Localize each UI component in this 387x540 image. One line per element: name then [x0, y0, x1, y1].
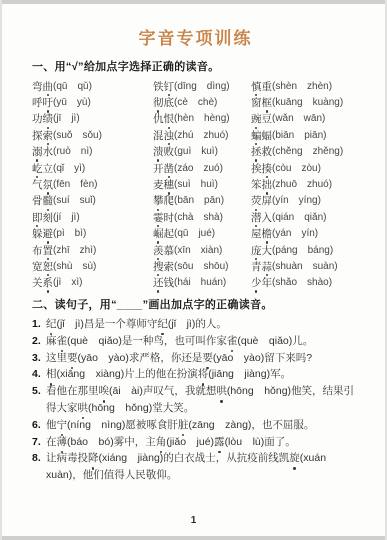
word-characters: 屋檐 [251, 226, 272, 241]
sentence-text: (hōng hǒng) [227, 385, 291, 397]
page-number: 1 [2, 515, 385, 526]
word-entry: 关系(jì xì) [32, 275, 153, 291]
character: 水 [43, 144, 54, 159]
sentence-item: 8.让病毒投降(xiáng jiàng)的白衣战士，从抗疫前线凯旋(xuán x… [32, 450, 359, 484]
character: 蝠 [262, 128, 273, 143]
word-entry: 蝙蝠(biān piān) [251, 127, 359, 143]
character: 屏 [262, 193, 273, 208]
sentence-text: ，他们值得人民敬仰。 [72, 469, 177, 481]
dotted-character: 索 [43, 128, 54, 143]
pinyin-options: (qū qǔ) [53, 81, 92, 92]
word-characters: 窗框 [251, 95, 272, 110]
pinyin-options: (qū jué) [174, 228, 215, 239]
sentence-text: 雾中，主 [114, 436, 156, 448]
character: 铁 [153, 79, 164, 94]
dotted-character: 穗 [164, 177, 175, 192]
sentence-number: 5. [32, 383, 41, 400]
pinyin-options: (zhī zhì) [53, 245, 96, 256]
sentence-number: 7. [32, 434, 41, 451]
word-characters: 蝙蝠 [251, 128, 272, 143]
dotted-character: 蝙 [251, 128, 262, 143]
word-entry: 荧屏(yín yíng) [251, 193, 359, 209]
word-entry: 气氛(fēn fèn) [32, 176, 153, 192]
word-entry: 即刻(jí jì) [32, 209, 153, 225]
sentence-number: 2. [32, 333, 41, 350]
word-characters: 麦穗 [153, 177, 174, 192]
pinyin-options: (hái huán) [174, 277, 226, 288]
sentence-text: (què qiǎo) [67, 335, 122, 347]
dotted-character: 溃 [153, 144, 164, 159]
sentence-text: 军。 [270, 368, 291, 380]
character: 弯 [32, 79, 43, 94]
word-entry: 彻底(cè chè) [153, 94, 251, 110]
word-entry: 攀爬(bān pān) [153, 193, 251, 209]
character: 探 [32, 128, 43, 143]
sentence-text: 面了。 [264, 436, 296, 448]
word-characters: 即刻 [32, 210, 53, 225]
word-characters: 拯救 [251, 144, 272, 159]
word-characters: 攀爬 [153, 193, 174, 208]
character: 刻 [43, 210, 54, 225]
word-entry: 铁钉(dīng dìng) [153, 78, 251, 94]
word-characters: 慎重 [251, 79, 272, 94]
pinyin-options: (kuāng kuàng) [272, 97, 343, 108]
character: 开 [153, 161, 164, 176]
word-characters: 弯曲 [32, 79, 53, 94]
character: 钱 [164, 275, 175, 290]
word-characters: 仇恨 [153, 111, 174, 126]
dotted-character: 恕 [43, 259, 54, 274]
word-characters: 还钱 [153, 275, 174, 290]
dotted-character: 羡 [153, 243, 164, 258]
pinyin-options: (wǎn wān) [272, 113, 325, 124]
word-characters: 彻底 [153, 95, 174, 110]
character: 救 [262, 144, 273, 159]
character: 败 [164, 144, 175, 159]
pinyin-options: (hèn hèng) [174, 113, 230, 124]
dotted-character: 要 [202, 350, 213, 367]
word-characters: 霎时 [153, 210, 174, 225]
pinyin-options: (biān piān) [272, 130, 326, 141]
pinyin-options: (suǒ sǒu) [53, 130, 102, 141]
pinyin-options: (qǐ yì) [53, 163, 85, 174]
sentence-text: (āi ài) [109, 385, 143, 397]
dotted-character: 庞 [251, 243, 262, 258]
pinyin-options: (záo zuó) [174, 163, 223, 174]
sentence-item: 1.纪(jǐ jì)昌是一个尊师守纪(jǐ jì)的人。 [32, 316, 359, 333]
word-characters: 开凿 [153, 161, 174, 176]
sentence-text: 的白衣战士，从抗疫前线凯 [163, 452, 289, 464]
word-characters: 气氛 [32, 177, 53, 192]
word-entry: 还钱(hái huán) [153, 275, 251, 291]
pinyin-options: (shù sù) [53, 261, 96, 272]
pinyin-options: (shèn zhèn) [272, 81, 332, 92]
dotted-character: 角 [156, 434, 167, 451]
pinyin-options: (yū yù) [53, 97, 91, 108]
pinyin-options: (bān pān) [174, 195, 224, 206]
word-entry: 搜索(sōu shōu) [153, 258, 251, 274]
pinyin-options: (jí jì) [53, 212, 80, 223]
word-entry: 宽恕(shù sù) [32, 258, 153, 274]
dotted-character: 搜 [153, 259, 164, 274]
dotted-character: 蒜 [262, 259, 273, 274]
word-entry: 潜入(qián qiǎn) [251, 209, 359, 225]
word-entry: 青蒜(shuàn suàn) [251, 258, 359, 274]
dotted-character: 钉 [164, 79, 175, 94]
dotted-character: 哄 [78, 400, 89, 417]
pinyin-options: (xīn xiàn) [174, 245, 222, 256]
pinyin-options: (zhuō zhuó) [272, 179, 332, 190]
dotted-character: 旋 [289, 450, 300, 467]
character: 起 [164, 226, 175, 241]
dotted-character: 将 [198, 366, 209, 383]
word-characters: 青蒜 [251, 259, 272, 274]
dotted-character: 吁 [43, 95, 54, 110]
sentence-text: 麻 [46, 335, 57, 347]
dotted-character: 雀 [227, 333, 238, 350]
sentence-item: 2.麻雀(què qiǎo)是一种鸟，也可叫作家雀(què qiǎo)儿。 [32, 333, 359, 350]
worksheet-page: 字音专项训练 一、用“√”给加点字选择正确的读音。 弯曲(qū qǔ)铁钉(dī… [0, 0, 387, 540]
word-entry: 少年(shǎo shào) [251, 275, 359, 291]
page-title: 字音专项训练 [32, 24, 359, 49]
dotted-character: 曲 [43, 79, 54, 94]
word-entry: 躲避(pì bì) [32, 226, 153, 242]
character: 关 [32, 275, 43, 290]
word-entry: 羡慕(xīn xiàn) [153, 242, 251, 258]
pinyin-options: (pì bì) [53, 228, 86, 239]
word-characters: 呼吁 [32, 95, 53, 110]
word-characters: 功绩 [32, 111, 53, 126]
word-characters: 羡慕 [153, 243, 174, 258]
sentence-item: 4.相(xiāng xiàng)片上的他在扮演将(jiāng jiàng)军。 [32, 366, 359, 383]
sentence-text: (jiǎo jué) [166, 436, 214, 448]
word-characters: 荧屏 [251, 193, 272, 208]
dotted-character: 少 [251, 275, 262, 290]
pinyin-options: (fēn fèn) [53, 179, 97, 190]
dotted-character: 拯 [251, 144, 262, 159]
pinyin-options: (shuàn suàn) [272, 261, 338, 272]
sentence-text: (jiāng jiàng) [208, 368, 270, 380]
character: 躲 [32, 226, 43, 241]
sentence-number: 6. [32, 417, 41, 434]
dotted-character: 纪 [157, 316, 168, 333]
word-characters: 混浊 [153, 128, 174, 143]
sentence-item: 3.这里要(yāo yào)求严格，你还是要(yāo yào)留下来吗? [32, 350, 359, 367]
word-entry: 崛起(qū jué) [153, 226, 251, 242]
word-entry: 功绩(jī jì) [32, 111, 153, 127]
dotted-character: 霎 [153, 210, 164, 225]
dotted-character: 降 [88, 450, 99, 467]
pinyin-options: (jì xì) [53, 277, 82, 288]
word-entry: 弯曲(qū qǔ) [32, 78, 153, 94]
sentence-text: 让病毒投 [46, 452, 88, 464]
word-entry: 屋檐(yán yín) [251, 226, 359, 242]
word-entry: 仇恨(hèn hèng) [153, 111, 251, 127]
word-entry: 溃败(guì kuì) [153, 144, 251, 160]
character: 爬 [164, 193, 175, 208]
dotted-character: 即 [32, 210, 43, 225]
character: 索 [164, 259, 175, 274]
pinyin-options: (chěng zhěng) [272, 146, 343, 157]
character: 年 [262, 275, 273, 290]
word-entry: 庞大(páng báng) [251, 242, 359, 258]
pinyin-options: (qián qiǎn) [272, 212, 326, 223]
pinyin-options: (jī jì) [53, 113, 80, 124]
sentence-text: 昌是一个尊师守 [84, 318, 158, 330]
pinyin-options: (cè chè) [174, 97, 217, 108]
dotted-character: 雀 [57, 333, 68, 350]
sentence-number: 3. [32, 350, 41, 367]
word-characters: 躲避 [32, 226, 53, 241]
dotted-character: 宁 [57, 417, 68, 434]
sentence-text: 留下来吗? [264, 352, 312, 364]
sentence-text: ，也不屈服。 [251, 419, 314, 431]
word-entry: 麦穗(suì huì) [153, 176, 251, 192]
character: 混 [153, 128, 164, 143]
word-grid: 弯曲(qū qǔ)铁钉(dīng dìng)慎重(shèn zhèn)呼吁(yū… [32, 78, 359, 291]
sentence-text: (xiāng xiàng) [57, 368, 125, 380]
dotted-character: 恨 [164, 111, 175, 126]
dotted-character: 还 [153, 275, 164, 290]
sentence-text: 是一种鸟，也可叫作家 [122, 335, 227, 347]
dotted-character: 哄 [216, 383, 227, 400]
dotted-character: 相 [46, 366, 57, 383]
word-entry: 溺水(ruò nì) [32, 144, 153, 160]
sentence-text: 这里 [46, 352, 67, 364]
pinyin-options: (shǎo shào) [272, 277, 332, 288]
pinyin-options: (suí suǐ) [53, 195, 96, 206]
pinyin-options: (zhú zhuó) [174, 130, 228, 141]
sentence-text: (yāo yào) [213, 352, 264, 364]
dotted-character: 揍 [262, 161, 273, 176]
word-characters: 豌豆 [251, 111, 272, 126]
word-entry: 布置(zhī zhì) [32, 242, 153, 258]
dotted-character: 攀 [153, 193, 164, 208]
dotted-character: 框 [262, 95, 273, 110]
word-entry: 屹立(qǐ yì) [32, 160, 153, 176]
sentence-text: 儿。 [292, 335, 313, 347]
word-characters: 溺水 [32, 144, 53, 159]
character: 骨 [32, 193, 43, 208]
character: 屋 [251, 226, 262, 241]
word-characters: 布置 [32, 243, 53, 258]
dotted-character: 慎 [251, 79, 262, 94]
character: 豆 [262, 111, 273, 126]
pinyin-options: (dīng dìng) [174, 81, 230, 92]
word-characters: 溃败 [153, 144, 174, 159]
sentence-text: (lòu lù) [225, 436, 265, 448]
character: 入 [262, 210, 273, 225]
dotted-character: 荧 [251, 193, 262, 208]
word-characters: 骨髓 [32, 193, 53, 208]
dotted-character: 崛 [153, 226, 164, 241]
word-characters: 关系 [32, 275, 53, 290]
word-entry: 豌豆(wǎn wān) [251, 111, 359, 127]
dotted-character: 溺 [32, 144, 43, 159]
dotted-character: 绩 [43, 111, 54, 126]
sentence-text: 在 [46, 436, 57, 448]
dotted-character: 系 [43, 275, 54, 290]
word-entry: 开凿(záo zuó) [153, 160, 251, 176]
dotted-character: 豌 [251, 111, 262, 126]
character: 底 [164, 95, 175, 110]
sentence-text: (báo bó) [67, 436, 114, 448]
character: 挨 [251, 161, 262, 176]
word-entry: 混浊(zhú zhuó) [153, 127, 251, 143]
dotted-character: 彻 [153, 95, 164, 110]
character: 青 [251, 259, 262, 274]
section1-heading: 一、用“√”给加点字选择正确的读音。 [32, 58, 359, 74]
character: 麦 [153, 177, 164, 192]
dotted-character: 氛 [43, 177, 54, 192]
character: 立 [43, 161, 54, 176]
sentence-number: 1. [32, 316, 41, 333]
sentence-text: 堂大笑。 [152, 402, 194, 414]
word-entry: 挨揍(còu zòu) [251, 160, 359, 176]
word-entry: 呼吁(yū yù) [32, 94, 153, 110]
sentence-text: 看他在那里 [46, 385, 99, 397]
character: 笨 [251, 177, 262, 192]
word-characters: 搜索 [153, 259, 174, 274]
dotted-character: 唉 [99, 383, 110, 400]
sentence-text: (yāo yào) [78, 352, 129, 364]
word-characters: 少年 [251, 275, 272, 290]
dotted-character: 脏 [178, 417, 189, 434]
word-characters: 庞大 [251, 243, 272, 258]
dotted-character: 避 [43, 226, 54, 241]
sentence-text: 片上的他在扮演 [124, 368, 198, 380]
worksheet-content: 字音专项训练 一、用“√”给加点字选择正确的读音。 弯曲(qū qǔ)铁钉(dī… [2, 0, 385, 484]
dotted-character: 薄 [57, 434, 68, 451]
word-entry: 骨髓(suí suǐ) [32, 193, 153, 209]
word-entry: 窗框(kuāng kuàng) [251, 94, 359, 110]
character: 时 [164, 210, 175, 225]
section2-heading: 二、读句子，用“____”画出加点字的正确读音。 [32, 296, 359, 312]
character: 慕 [164, 243, 175, 258]
dotted-character: 纪 [46, 316, 57, 333]
dotted-character: 露 [214, 434, 225, 451]
word-entry: 霎时(chà shà) [153, 209, 251, 225]
sentence-text: 求严格，你还是 [129, 352, 203, 364]
character: 气 [32, 177, 43, 192]
sentence-number: 8. [32, 450, 41, 467]
character: 窗 [251, 95, 262, 110]
word-entry: 笨拙(zhuō zhuó) [251, 176, 359, 192]
sentence-text: 的人。 [195, 318, 227, 330]
word-entry: 探索(suǒ sǒu) [32, 127, 153, 143]
sentence-item: 5.看他在那里唉(āi ài)声叹气，我就想哄(hōng hǒng)他笑，结果引… [32, 383, 359, 417]
dotted-character: 置 [43, 243, 54, 258]
pinyin-options: (ruò nì) [53, 146, 92, 157]
dotted-character: 潜 [251, 210, 262, 225]
pinyin-options: (chà shà) [174, 212, 223, 223]
pinyin-options: (yín yíng) [272, 195, 321, 206]
sentence-text: (xiáng jiàng) [99, 452, 164, 464]
sentence-text: 声叹气，我就想 [143, 385, 217, 397]
word-entry: 拯救(chěng zhěng) [251, 144, 359, 160]
pinyin-options: (sōu shōu) [174, 261, 228, 272]
sentence-item: 6.他宁(níng nìng)愿被啄食肝脏(zāng zàng)，也不屈服。 [32, 417, 359, 434]
dotted-character: 屹 [32, 161, 43, 176]
word-characters: 屹立 [32, 161, 53, 176]
scan-edge-bottom [2, 536, 385, 540]
word-characters: 挨揍 [251, 161, 272, 176]
sentence-text: (hōng hǒng) [88, 402, 152, 414]
dotted-character: 髓 [43, 193, 54, 208]
sentence-text: 愿被啄食肝 [125, 419, 178, 431]
word-characters: 崛起 [153, 226, 174, 241]
character: 功 [32, 111, 43, 126]
sentence-text: (jǐ jì) [168, 318, 195, 330]
sentence-text: (zāng zàng) [188, 419, 251, 431]
sentence-text: (jǐ jì) [57, 318, 84, 330]
character: 大 [262, 243, 273, 258]
pinyin-options: (guì kuì) [174, 146, 218, 157]
word-characters: 笨拙 [251, 177, 272, 192]
word-entry: 慎重(shèn zhèn) [251, 78, 359, 94]
pinyin-options: (yán yín) [272, 228, 318, 239]
pinyin-options: (suì huì) [174, 179, 218, 190]
word-characters: 铁钉 [153, 79, 174, 94]
sentence-text: (níng nìng) [67, 419, 125, 431]
word-characters: 探索 [32, 128, 53, 143]
character: 宽 [32, 259, 43, 274]
character: 重 [262, 79, 273, 94]
dotted-character: 凿 [164, 161, 175, 176]
character: 布 [32, 243, 43, 258]
dotted-character: 浊 [164, 128, 175, 143]
sentence-text: (què qiǎo) [237, 335, 292, 347]
word-characters: 潜入 [251, 210, 272, 225]
word-characters: 宽恕 [32, 259, 53, 274]
sentence-text: 他 [46, 419, 57, 431]
pinyin-options: (còu zòu) [272, 163, 321, 174]
dotted-character: 檐 [262, 226, 273, 241]
dotted-character: 拙 [262, 177, 273, 192]
character: 呼 [32, 95, 43, 110]
pinyin-options: (páng báng) [272, 245, 333, 256]
dotted-character: 要 [67, 350, 78, 367]
scan-edge-top [2, 0, 385, 4]
character: 仇 [153, 111, 164, 126]
sentence-item: 7.在薄(báo bó)雾中，主角(jiǎo jué)露(lòu lù)面了。 [32, 434, 359, 451]
sentence-number: 4. [32, 366, 41, 383]
sentence-list: 1.纪(jǐ jì)昌是一个尊师守纪(jǐ jì)的人。2.麻雀(què qiǎ… [32, 316, 359, 484]
